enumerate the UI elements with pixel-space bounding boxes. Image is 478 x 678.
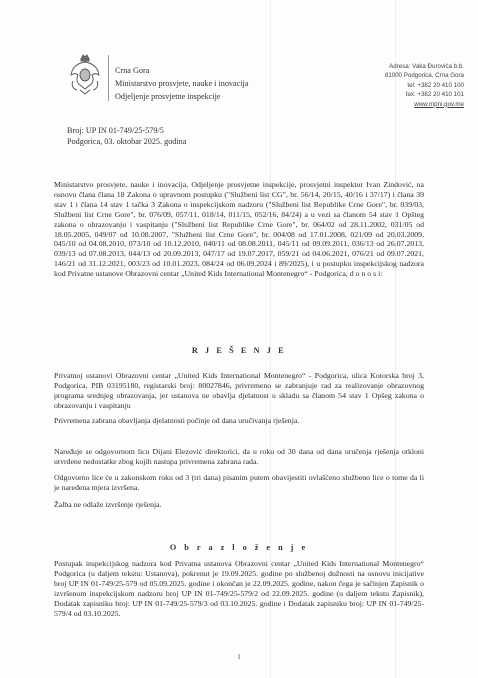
phone: tel: +382 20 410 100 (385, 81, 464, 90)
reasoning-paragraph: Postupak inspekcijskog nadzora kod Priva… (54, 559, 424, 618)
decision-heading: R J E Š E N J E (0, 346, 478, 355)
page-number: 1 (0, 652, 478, 661)
document-page: Crna Gora Ministarstvo prosvjete, nauke … (0, 0, 478, 678)
decision-paragraph: Privatnoj ustanovi Obrazovni centar „Uni… (54, 371, 424, 411)
country-name: Crna Gora (115, 64, 248, 77)
intro-paragraph: Ministarstvo prosvjete, nauke i inovacij… (54, 180, 424, 279)
decision-paragraph: Žalba ne odlaže izvršenje rješenja. (54, 500, 424, 510)
coat-of-arms-icon (68, 53, 102, 95)
ministry-name: Ministarstvo prosvjete, nauke i inovacij… (115, 77, 248, 90)
department-name: Odjeljenje prosvjetne inspekcije (115, 90, 248, 103)
decision-paragraph: Privremena zabrana obavljanja djelatnost… (54, 416, 424, 426)
reference-number: Broj: UP IN 01-749/25-579/5 (67, 125, 186, 136)
fax: fax: +382 20 410 101 (385, 90, 464, 99)
address-line: Adresa: Vaka Đurovića b.b. (385, 62, 464, 71)
place-date: Podgorica, 03. oktobar 2025. godina (67, 136, 186, 147)
website-link[interactable]: www.mpni.gov.me (385, 100, 464, 109)
contact-block: Adresa: Vaka Đurovića b.b. 81000 Podgori… (385, 62, 464, 109)
decision-paragraph: Naređuje se odgovornom licu Dijani Elezo… (54, 447, 424, 467)
header-divider (108, 55, 109, 101)
decision-paragraph: Odgovorno lice će u zakonskom roku od 3 … (54, 473, 424, 493)
city-line: 81000 Podgorica, Crna Gora (385, 71, 464, 80)
reasoning-heading: O b r a z l o ž e n j e (0, 543, 478, 552)
reference-block: Broj: UP IN 01-749/25-579/5 Podgorica, 0… (67, 125, 186, 147)
letterhead: Crna Gora Ministarstvo prosvjete, nauke … (68, 53, 248, 103)
